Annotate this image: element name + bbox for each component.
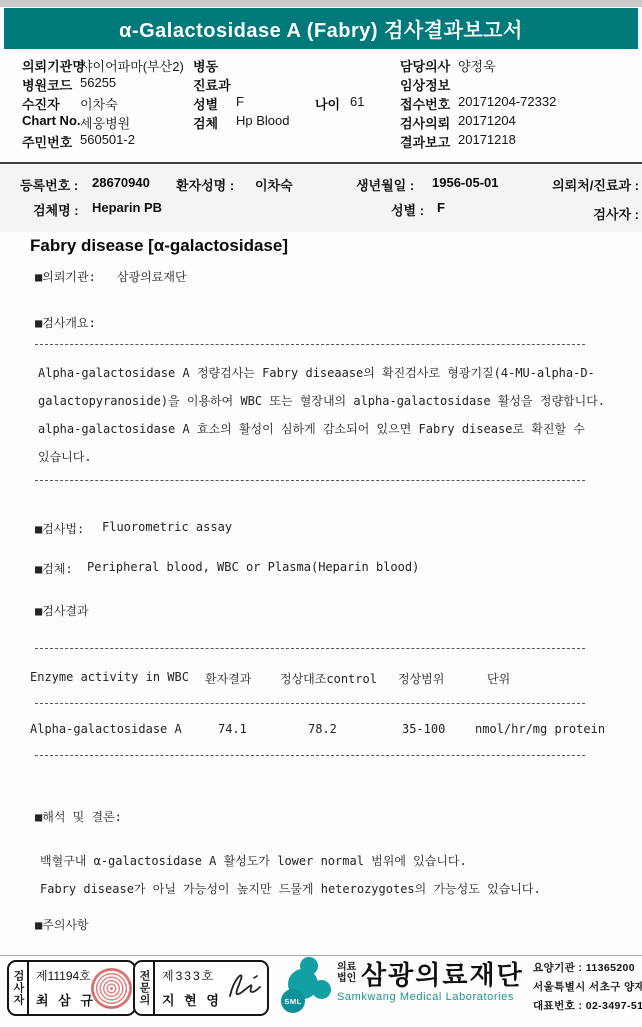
section-referrer-value: 삼광의료재단 bbox=[117, 268, 187, 285]
dashed-separator bbox=[35, 480, 585, 481]
org-prefix: 의료 법인 bbox=[337, 962, 356, 984]
field-value-chart-no: 세웅병원 bbox=[80, 113, 130, 132]
section-method-label: ■검사법: bbox=[35, 520, 84, 537]
field-label-requesting-org: 의뢰기관명 bbox=[22, 56, 85, 75]
field-label-resident-no: 주민번호 bbox=[22, 132, 72, 151]
org-name-english: Samkwang Medical Laboratories bbox=[337, 991, 514, 1003]
field-label-hospital-code: 병원코드 bbox=[22, 75, 72, 94]
org-prefix-line1: 의료 bbox=[337, 962, 356, 973]
field-value-specimen-type: Hp Blood bbox=[236, 113, 289, 128]
specialist-stamp-box: 전문의 제333호 지 현 영 bbox=[133, 960, 269, 1016]
field-value-patient: 이차숙 bbox=[80, 94, 118, 113]
org-prefix-line2: 법인 bbox=[337, 973, 356, 984]
field-value-doctor: 양정욱 bbox=[458, 56, 496, 75]
section-conclusion-label: ■해석 및 결론: bbox=[35, 808, 122, 825]
field-label-accession-no: 접수번호 bbox=[400, 94, 450, 113]
band-name-label: 환자성명 : bbox=[176, 175, 234, 194]
band-sex-value: F bbox=[437, 200, 445, 215]
section-specimen-label: ■검체: bbox=[35, 560, 73, 577]
contact-address: 서울특별시 서초구 양재동 9-60 bbox=[533, 978, 642, 997]
field-value-age: 61 bbox=[350, 94, 364, 109]
results-col-header: 정상범위 bbox=[398, 670, 444, 687]
examiner-seal-stamp bbox=[91, 968, 132, 1009]
results-col-header: Enzyme activity in WBC bbox=[30, 670, 189, 684]
test-heading: Fabry disease [α-galactosidase] bbox=[30, 236, 288, 256]
results-col-header: 환자결과 bbox=[205, 670, 251, 687]
band-name-value: 이차숙 bbox=[255, 175, 293, 194]
band-birth-label: 생년월일 : bbox=[356, 175, 414, 194]
band-sex-label: 성별 : bbox=[391, 200, 424, 219]
field-label-doctor: 담당의사 bbox=[400, 56, 450, 75]
field-value-sex: F bbox=[236, 94, 244, 109]
contact-phone: 대표번호 : 02-3497-5100 bbox=[533, 997, 642, 1016]
band-specimen-value: Heparin PB bbox=[92, 200, 162, 215]
logo-sml-badge: SML bbox=[281, 989, 305, 1013]
conclusion-line: 백혈구내 α-galactosidase A 활성도가 lower normal… bbox=[40, 852, 467, 869]
overview-line: 있습니다. bbox=[38, 448, 92, 465]
field-label-age: 나이 bbox=[315, 94, 340, 113]
specialist-role-label: 전문의 bbox=[135, 962, 155, 1014]
band-birth-value: 1956-05-01 bbox=[432, 175, 499, 190]
overview-line: alpha-galactosidase A 효소의 활성이 심하게 감소되어 있… bbox=[38, 420, 585, 437]
logo-sml-text: SML bbox=[284, 997, 301, 1006]
dashed-separator bbox=[35, 344, 585, 345]
results-cell-patient: 74.1 bbox=[218, 722, 247, 736]
results-cell-control: 78.2 bbox=[308, 722, 337, 736]
results-cell-range: 35-100 bbox=[402, 722, 445, 736]
report-title: α-Galactosidase A (Fabry) 검사결과보고서 bbox=[119, 14, 523, 43]
band-specimen-label: 검체명 : bbox=[33, 200, 79, 219]
section-referrer-label: ■의뢰기관: bbox=[35, 268, 96, 285]
conclusion-line: Fabry disease가 아닐 가능성이 높지만 드물게 heterozyg… bbox=[40, 880, 541, 897]
logo-blob-icon bbox=[312, 980, 331, 999]
results-cell-test: Alpha-galactosidase A bbox=[30, 722, 182, 736]
section-results-label: ■검사결과 bbox=[35, 602, 89, 619]
samkwang-logo: SML bbox=[281, 957, 335, 1015]
field-value-accession-no: 20171204-72332 bbox=[458, 94, 556, 109]
examiner-role-label: 검사자 bbox=[9, 962, 29, 1014]
field-label-ward: 병동 bbox=[193, 56, 218, 75]
field-value-requesting-org: 샤이어파마(부산2) bbox=[80, 56, 184, 75]
field-label-request-date: 검사의뢰 bbox=[400, 113, 450, 132]
results-col-header: 단위 bbox=[487, 670, 510, 687]
section-method-value: Fluorometric assay bbox=[102, 520, 232, 534]
contact-institution-no: 요양기관 : 11365200 bbox=[533, 959, 642, 978]
overview-line: Alpha-galactosidase A 정량검사는 Fabry diseaa… bbox=[38, 364, 595, 381]
field-label-patient: 수진자 bbox=[22, 94, 60, 113]
lab-report-page: α-Galactosidase A (Fabry) 검사결과보고서 의뢰기관명 … bbox=[0, 0, 642, 1027]
dashed-separator bbox=[35, 703, 585, 704]
org-contact-block: 요양기관 : 11365200 서울특별시 서초구 양재동 9-60 대표번호 … bbox=[533, 959, 642, 1016]
section-caution-label: ■주의사항 bbox=[35, 916, 89, 933]
dashed-separator bbox=[35, 648, 585, 649]
overview-line: galactopyranoside)을 이용하여 WBC 또는 혈장내의 alp… bbox=[38, 392, 605, 409]
examiner-stamp-box: 검사자 제11194호 최 삼 규 bbox=[7, 960, 136, 1016]
band-reg-value: 28670940 bbox=[92, 175, 150, 190]
section-overview-label: ■검사개요: bbox=[35, 314, 96, 331]
footer-divider bbox=[0, 955, 642, 956]
field-value-resident-no: 560501-2 bbox=[80, 132, 135, 147]
org-name: 삼광의료재단 bbox=[361, 955, 524, 992]
patient-info-band: 등록번호 : 28670940 환자성명 : 이차숙 생년월일 : 1956-0… bbox=[0, 164, 642, 232]
band-referrer-label: 의뢰처/진료과 : bbox=[552, 175, 639, 194]
field-value-report-date: 20171218 bbox=[458, 132, 516, 147]
band-examiner-label: 검사자 : bbox=[593, 204, 639, 223]
field-label-report-date: 결과보고 bbox=[400, 132, 450, 151]
field-label-clinical-info: 임상정보 bbox=[400, 75, 450, 94]
specialist-signature bbox=[224, 966, 264, 1008]
dashed-separator bbox=[35, 755, 585, 756]
scan-top-strip bbox=[0, 0, 642, 7]
field-label-department: 진료과 bbox=[193, 75, 231, 94]
report-title-bar: α-Galactosidase A (Fabry) 검사결과보고서 bbox=[4, 8, 638, 49]
logo-blob-icon bbox=[300, 957, 318, 975]
section-specimen-value: Peripheral blood, WBC or Plasma(Heparin … bbox=[87, 560, 419, 574]
field-value-request-date: 20171204 bbox=[458, 113, 516, 128]
field-label-sex: 성별 bbox=[193, 94, 218, 113]
band-reg-label: 등록번호 : bbox=[20, 175, 78, 194]
field-label-chart-no: Chart No. bbox=[22, 113, 81, 128]
field-value-hospital-code: 56255 bbox=[80, 75, 116, 90]
results-col-header: 정상대조control bbox=[280, 670, 377, 687]
field-label-specimen-type: 검체 bbox=[193, 113, 218, 132]
results-cell-unit: nmol/hr/mg protein bbox=[475, 722, 605, 736]
